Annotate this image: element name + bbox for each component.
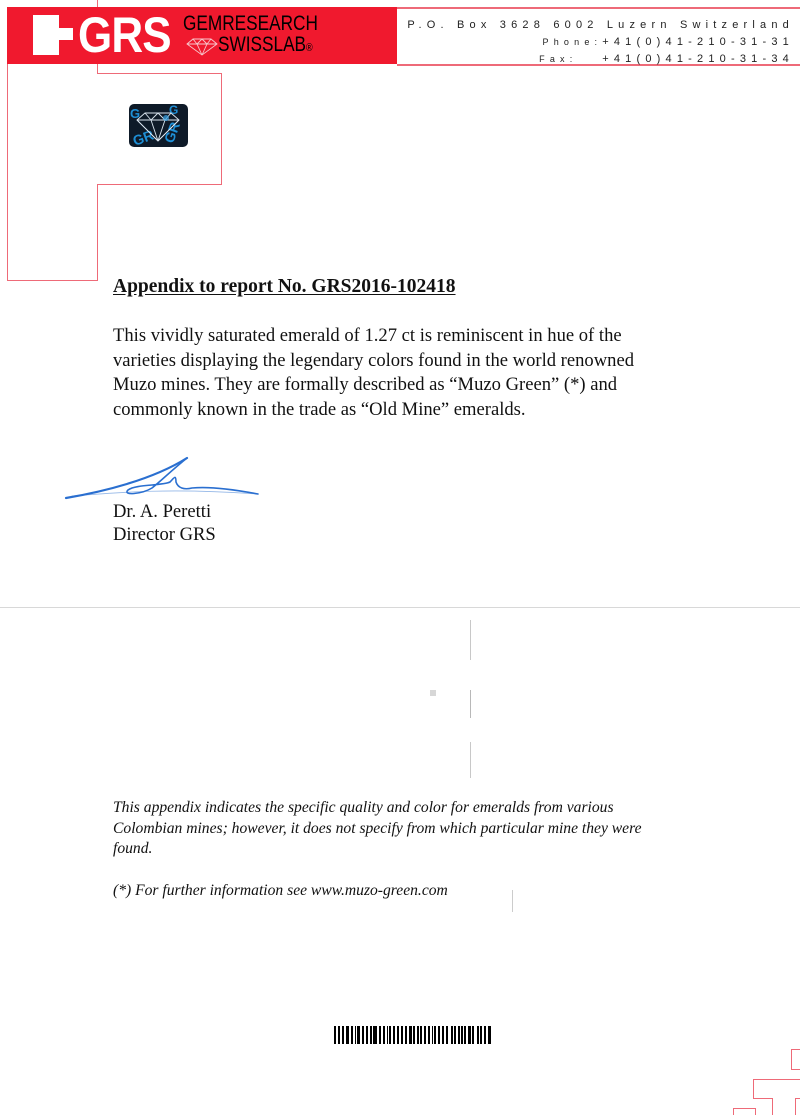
swiss-cross-icon — [33, 15, 59, 55]
hologram-sticker: G G GR GR — [129, 104, 188, 147]
note-line: Colombian mines; however, it does not sp… — [113, 819, 733, 840]
diamond-hologram-icon: G G GR GR — [129, 104, 188, 147]
frame-line — [221, 73, 222, 185]
note-line: found. — [113, 839, 733, 860]
frame-line — [753, 1098, 773, 1099]
frame-line — [97, 184, 222, 185]
frame-line — [733, 1108, 734, 1115]
frame-line — [791, 1049, 792, 1069]
frame-line — [753, 1079, 800, 1080]
appendix-body: This vividly saturated emerald of 1.27 c… — [113, 324, 733, 422]
address-box: P.O. Box 3628 6002 Luzern Switzerland Ph… — [397, 7, 800, 66]
scan-artifact — [470, 742, 471, 778]
frame-line — [753, 1079, 754, 1098]
barcode — [334, 1026, 491, 1044]
appendix-title: Appendix to report No. GRS2016-102418 — [113, 276, 456, 298]
frame-line — [791, 1069, 800, 1070]
grs-logo: GRS — [78, 7, 171, 64]
frame-line — [733, 1108, 756, 1109]
signature-image — [62, 452, 262, 502]
footnote: (*) For further information see www.muzo… — [113, 882, 448, 900]
phone-line: Phone:+41(0)41-210-31-31 — [543, 36, 795, 48]
svg-text:GR: GR — [131, 127, 156, 147]
scan-artifact — [470, 690, 471, 718]
body-line: This vividly saturated emerald of 1.27 c… — [113, 324, 733, 349]
frame-line — [7, 64, 8, 281]
fax-line: Fax: +41(0)41-210-31-34 — [539, 53, 794, 65]
body-line: Muzo mines. They are formally described … — [113, 373, 733, 398]
company-name-line2: SWISSLAB® — [218, 34, 313, 59]
diamond-outline-icon — [186, 38, 218, 56]
signatory-title: Director GRS — [113, 523, 216, 546]
scan-artifact — [512, 890, 513, 912]
frame-line — [772, 1098, 773, 1115]
swiss-cross-icon-arm — [59, 28, 73, 40]
frame-line — [795, 1098, 796, 1115]
postal-address: P.O. Box 3628 6002 Luzern Switzerland — [407, 19, 794, 31]
frame-line — [97, 184, 98, 281]
company-name-line1: GEMRESEARCH — [183, 13, 318, 35]
company-name-swisslab: SWISSLAB — [218, 33, 306, 56]
disclaimer-note: This appendix indicates the specific qua… — [113, 798, 733, 860]
frame-line — [97, 0, 98, 7]
fax-number: +41(0)41-210-31-34 — [602, 53, 794, 65]
scan-artifact — [470, 620, 471, 660]
frame-line — [791, 1049, 800, 1050]
signatory-block: Dr. A. Peretti Director GRS — [113, 500, 216, 546]
frame-line — [97, 73, 222, 74]
frame-line — [755, 1108, 756, 1115]
phone-number: +41(0)41-210-31-31 — [602, 36, 794, 48]
fax-label: Fax: — [539, 54, 577, 64]
body-line: varieties displaying the legendary color… — [113, 349, 733, 374]
phone-label: Phone: — [543, 37, 603, 47]
body-line: commonly known in the trade as “Old Mine… — [113, 398, 733, 423]
paper-fold-line — [0, 607, 800, 608]
frame-line — [7, 280, 98, 281]
registered-mark: ® — [306, 42, 313, 54]
scan-artifact — [430, 690, 436, 696]
signatory-name: Dr. A. Peretti — [113, 500, 216, 523]
note-line: This appendix indicates the specific qua… — [113, 798, 733, 819]
